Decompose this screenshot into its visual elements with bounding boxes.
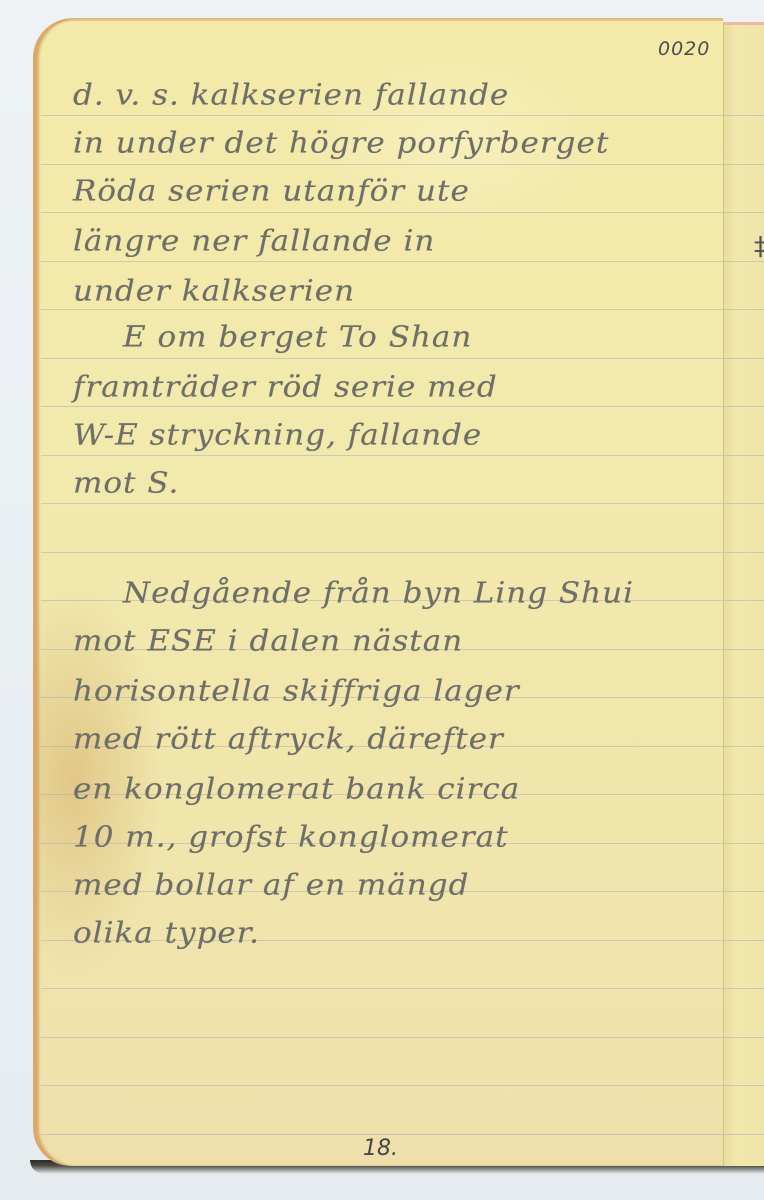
ruled-line: [41, 455, 723, 456]
ruled-line: [724, 649, 764, 650]
ruled-line: [724, 552, 764, 553]
ruled-line: [41, 261, 723, 262]
scan-background: 0020 d. v. s. kalkserien fallande in und…: [0, 0, 764, 1200]
ruled-line: [41, 309, 723, 310]
ruled-line: [724, 746, 764, 747]
handwritten-line: mot ESE i dalen nästan: [73, 625, 463, 658]
ruled-line: [41, 358, 723, 359]
handwritten-line: Nedgående från byn Ling Shui: [123, 577, 634, 610]
handwritten-line: med rött aftryck, därefter: [73, 723, 504, 756]
ruled-line: [724, 988, 764, 989]
ruled-line: [724, 358, 764, 359]
handwritten-line: E om berget To Shan: [123, 321, 472, 354]
ruled-line: [41, 406, 723, 407]
ruled-line: [724, 164, 764, 165]
ruled-line: [41, 1085, 723, 1086]
margin-mark: ‡: [754, 232, 764, 262]
page-number: 18.: [363, 1136, 398, 1161]
ruled-line: [724, 697, 764, 698]
archive-number: 0020: [658, 38, 710, 60]
handwritten-line: längre ner fallande in: [73, 225, 435, 258]
ruled-line: [724, 940, 764, 941]
binding-nick: [723, 192, 724, 212]
handwritten-line: en konglomerat bank circa: [73, 773, 520, 806]
ruled-line: [724, 115, 764, 116]
ruled-line: [724, 843, 764, 844]
handwritten-line: olika typer.: [73, 917, 260, 950]
handwritten-line: med bollar af en mängd: [73, 869, 469, 902]
handwritten-line: Röda serien utanför ute: [73, 175, 470, 208]
handwritten-line: d. v. s. kalkserien fallande: [73, 79, 509, 112]
ruled-line: [724, 212, 764, 213]
handwritten-line: under kalkserien: [73, 275, 355, 308]
handwritten-line: mot S.: [73, 467, 179, 500]
ruled-line: [41, 212, 723, 213]
notebook-page-right-edge: ‡: [723, 22, 764, 1166]
handwritten-line: in under det högre porfyrberget: [73, 127, 609, 160]
ruled-line: [724, 455, 764, 456]
ruled-line: [724, 794, 764, 795]
ruled-line: [41, 1134, 723, 1135]
handwritten-line: 10 m., grofst konglomerat: [73, 821, 509, 854]
binding-nick: [723, 257, 724, 277]
ruled-line: [41, 115, 723, 116]
ruled-line: [724, 406, 764, 407]
ruled-line: [724, 1085, 764, 1086]
handwritten-line: horisontella skiffriga lager: [73, 675, 520, 708]
ruled-line: [41, 1037, 723, 1038]
ruled-line: [41, 164, 723, 165]
ruled-line: [41, 552, 723, 553]
handwritten-line: W-E stryckning, fallande: [73, 419, 482, 452]
handwritten-line: framträder röd serie med: [73, 371, 498, 404]
ruled-line: [724, 891, 764, 892]
ruled-line: [724, 309, 764, 310]
ruled-line: [724, 1037, 764, 1038]
ruled-line: [41, 503, 723, 504]
ruled-line: [41, 988, 723, 989]
ruled-line: [724, 503, 764, 504]
notebook-page-left: 0020 d. v. s. kalkserien fallande in und…: [33, 18, 723, 1166]
ruled-line: [724, 600, 764, 601]
ruled-line: [724, 1134, 764, 1135]
